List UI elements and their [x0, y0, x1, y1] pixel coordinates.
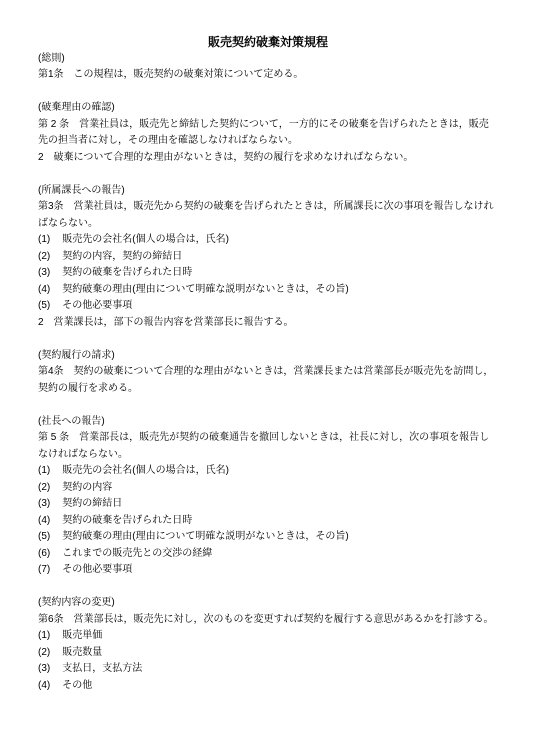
section-contract-terms-change: (契約内容の変更) 第6条 営業部長は，販売先に対し，次のものを変更すれば契約を… — [38, 595, 498, 694]
article-2-paragraph-1: 第 2 条 営業社員は，販売先と締結した契約について，一方的にその破棄を告げられ… — [38, 117, 498, 150]
item-number: (1) — [38, 628, 50, 645]
section-report-to-president: (社長への報告) 第 5 条 営業部長は，販売先が契約の破棄通告を撤回しないとき… — [38, 414, 498, 579]
item-number: (6) — [38, 546, 50, 563]
article-1-paragraph: 第1条 この規程は，販売契約の破棄対策について定める。 — [38, 67, 498, 84]
section-heading: (社長への報告) — [38, 414, 498, 431]
list-item: (2)契約の内容，契約の締結日 — [38, 249, 498, 266]
list-item: (4)契約破棄の理由(理由について明確な説明がないときは，その旨) — [38, 282, 498, 299]
item-number: (4) — [38, 282, 50, 299]
document-title: 販売契約破棄対策規程 — [38, 34, 498, 51]
item-number: (5) — [38, 298, 50, 315]
item-text: 支払日，支払方法 — [62, 663, 142, 674]
item-text: その他必要事項 — [62, 564, 132, 575]
article-2-paragraph-2: 2 破棄について合理的な理由がないときは，契約の履行を求めなければならない。 — [38, 150, 498, 167]
article-5-paragraph-1: 第 5 条 営業部長は，販売先が契約の破棄通告を撤回しないときは，社長に対し，次… — [38, 430, 498, 463]
item-text: 契約の締結日 — [62, 498, 122, 509]
list-item: (1)販売先の会社名(個人の場合は，氏名) — [38, 232, 498, 249]
list-item: (7)その他必要事項 — [38, 562, 498, 579]
list-item: (3)契約の破棄を告げられた日時 — [38, 265, 498, 282]
document-page: 販売契約破棄対策規程 (総則) 第1条 この規程は，販売契約の破棄対策について定… — [0, 0, 540, 755]
item-text: 契約の内容 — [62, 482, 112, 493]
item-number: (1) — [38, 232, 50, 249]
section-heading: (総則) — [38, 51, 498, 68]
article-3-paragraph-2: 2 営業課長は，部下の報告内容を営業部長に報告する。 — [38, 315, 498, 332]
item-text: 販売先の会社名(個人の場合は，氏名) — [62, 465, 229, 476]
item-text: 契約の破棄を告げられた日時 — [62, 267, 192, 278]
item-number: (1) — [38, 463, 50, 480]
item-number: (3) — [38, 496, 50, 513]
item-number: (5) — [38, 529, 50, 546]
section-heading: (契約内容の変更) — [38, 595, 498, 612]
list-item: (5)その他必要事項 — [38, 298, 498, 315]
section-contract-performance-request: (契約履行の請求) 第4条 契約の破棄について合理的な理由がないときは，営業課長… — [38, 348, 498, 398]
article-6-paragraph: 第6条 営業部長は，販売先に対し，次のものを変更すれば契約を履行する意思があるか… — [38, 612, 498, 629]
list-item: (6)これまでの販売先との交渉の経緯 — [38, 546, 498, 563]
section-cancellation-reason-check: (破棄理由の確認) 第 2 条 営業社員は，販売先と締結した契約について，一方的… — [38, 100, 498, 166]
section-report-to-section-chief: (所属課長への報告) 第3条 営業社員は，販売先から契約の破棄を告げられたときは… — [38, 183, 498, 332]
list-item: (4)契約の破棄を告げられた日時 — [38, 513, 498, 530]
item-text: 契約破棄の理由(理由について明確な説明がないときは，その旨) — [62, 531, 348, 542]
item-number: (3) — [38, 661, 50, 678]
item-text: これまでの販売先との交渉の経緯 — [62, 548, 212, 559]
list-item: (2)販売数量 — [38, 645, 498, 662]
list-item: (3)支払日，支払方法 — [38, 661, 498, 678]
item-number: (3) — [38, 265, 50, 282]
item-number: (2) — [38, 645, 50, 662]
item-text: 契約破棄の理由(理由について明確な説明がないときは，その旨) — [62, 284, 348, 295]
item-number: (4) — [38, 513, 50, 530]
article-3-paragraph-1: 第3条 営業社員は，販売先から契約の破棄を告げられたときは，所属課長に次の事項を… — [38, 199, 498, 232]
list-item: (1)販売先の会社名(個人の場合は，氏名) — [38, 463, 498, 480]
item-text: 販売単価 — [62, 630, 102, 641]
item-text: 販売数量 — [62, 647, 102, 658]
item-text: その他必要事項 — [62, 300, 132, 311]
item-number: (2) — [38, 480, 50, 497]
item-text: 契約の内容，契約の締結日 — [62, 251, 182, 262]
item-number: (2) — [38, 249, 50, 266]
item-number: (4) — [38, 678, 50, 695]
list-item: (1)販売単価 — [38, 628, 498, 645]
list-item: (2)契約の内容 — [38, 480, 498, 497]
list-item: (4)その他 — [38, 678, 498, 695]
section-general-rules: (総則) 第1条 この規程は，販売契約の破棄対策について定める。 — [38, 51, 498, 84]
item-text: 契約の破棄を告げられた日時 — [62, 515, 192, 526]
section-heading: (所属課長への報告) — [38, 183, 498, 200]
section-heading: (破棄理由の確認) — [38, 100, 498, 117]
item-text: 販売先の会社名(個人の場合は，氏名) — [62, 234, 229, 245]
list-item: (3)契約の締結日 — [38, 496, 498, 513]
section-heading: (契約履行の請求) — [38, 348, 498, 365]
item-number: (7) — [38, 562, 50, 579]
item-text: その他 — [62, 680, 92, 691]
list-item: (5)契約破棄の理由(理由について明確な説明がないときは，その旨) — [38, 529, 498, 546]
article-4-paragraph: 第4条 契約の破棄について合理的な理由がないときは，営業課長または営業部長が販売… — [38, 364, 498, 397]
